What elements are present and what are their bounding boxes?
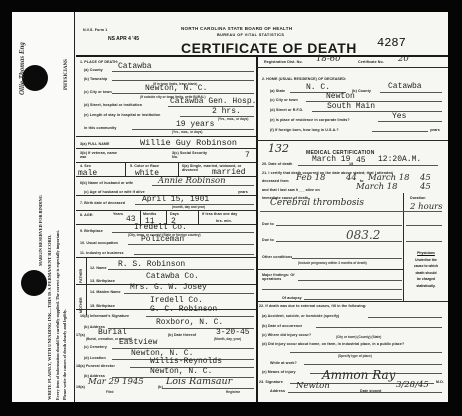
header-divider xyxy=(76,55,448,57)
disposition-date-label: (b) Date thereof xyxy=(168,333,196,337)
community-value: 19 years xyxy=(176,120,214,129)
duration-label: Duration xyxy=(410,196,426,200)
write-plainly-notice: WRITE PLAINLY, WITH UNFADING INK—THIS IS… xyxy=(47,235,52,400)
last-saw-label: and that I last saw h___ alive on xyxy=(262,188,320,192)
death-institution-label: (d) Street, hospital or institution xyxy=(84,103,142,107)
age-label: 8. AGE: xyxy=(80,213,94,217)
registration-district-label: Registration Dist. No. xyxy=(264,60,303,64)
due-to-label-1: Due to xyxy=(262,222,274,226)
death-date-value: March 19 xyxy=(312,155,350,164)
stay-value: 2 hrs. xyxy=(212,107,241,116)
death-date-label: 20. Date of death xyxy=(262,162,292,166)
burial-location-label: (d) Location xyxy=(84,356,106,360)
mother-birthplace-label: 15. Birthplace xyxy=(90,304,115,308)
disposition-label: 17(a) xyxy=(76,333,85,337)
physician-signature-label: 23. Signature xyxy=(259,380,283,384)
findings-label: Major findings: Of operations xyxy=(262,273,298,281)
mother-name-label: 14. Maiden Name xyxy=(90,290,121,294)
external-causes-heading: 22. If death was due to external causes,… xyxy=(259,304,366,308)
birth-date-note: (month, day and year) xyxy=(172,205,205,209)
attended-from-value: Feb 18 xyxy=(296,173,325,183)
last-saw-year: 45 xyxy=(420,182,431,192)
registrar-signature: Lois Ramsaur xyxy=(166,376,232,387)
mother-birthplace-value: Iredell Co. xyxy=(150,296,203,305)
center-divider xyxy=(256,56,258,402)
informant-address-value: Roxboro, N. C. xyxy=(156,318,223,327)
spouse-label: 6(b) Name of husband or wife xyxy=(80,181,133,185)
funeral-address-value: Newton, N. C. xyxy=(150,367,212,376)
informant-label: 16(a) Informant's Signature xyxy=(80,314,129,318)
punch-hole-bottom xyxy=(21,270,47,296)
accident-label: (a) Accident, suicide, or homicide (spec… xyxy=(262,314,339,318)
informant-value: G. C. Robinson xyxy=(150,305,217,314)
injury-place-note: (Specify type of place) xyxy=(338,354,372,358)
residence-city-value: Newton xyxy=(326,92,355,101)
mother-name-value: Mrs. G. W. Josey xyxy=(130,283,207,292)
form-id: N.V.S. Form 1 xyxy=(83,28,107,32)
full-name-value: Willie Guy Robinson xyxy=(140,138,237,148)
autopsy-label: Of autopsy xyxy=(282,296,302,300)
age-less-than-day-label: If less than one day xyxy=(202,212,237,216)
community-label: In this community xyxy=(84,126,116,130)
occupation-label: 10. Usual occupation xyxy=(80,241,118,245)
funeral-director-value: Willis-Reynolds xyxy=(150,357,222,366)
at-work-label: While at work? xyxy=(270,361,297,365)
agency-name: NORTH CAROLINA STATE BOARD OF HEALTH xyxy=(181,26,292,31)
father-section-label: FATHER xyxy=(79,269,83,283)
township-label: (b) Township xyxy=(84,77,107,81)
foreign-born-label: (f) If foreign born, how long in U.S.A.? xyxy=(270,128,339,132)
cemetery-label: (c) Cemetery xyxy=(84,345,107,349)
father-name-value: R. S. Robinson xyxy=(118,260,185,269)
industry-label: 11. Industry or business xyxy=(80,251,124,255)
age-days-label: Days xyxy=(170,212,179,216)
death-county-label: (a) County xyxy=(84,68,103,72)
age-hrs-min-label: hrs. min. xyxy=(216,219,232,223)
due-to-label-2: Due to xyxy=(262,238,274,242)
residence-county-value: Catawba xyxy=(388,82,422,91)
residence-street-value: South Main xyxy=(327,102,375,111)
death-institution-value: Catawba Gen. Hosp. xyxy=(170,97,256,106)
ssn-value: 7 xyxy=(245,151,250,160)
injury-where-label: (c) Where did injury occur? xyxy=(262,333,311,337)
immediate-cause-value: Cerebral thrombosis xyxy=(270,198,364,208)
pregnancy-note: (Include pregnancy within 3 months of de… xyxy=(298,261,367,265)
stay-label: (e) Length of stay in hospital or instit… xyxy=(84,113,160,117)
cemetery-value: Eastview xyxy=(119,338,157,347)
corporate-limits-label: (e) Is place of residence in corporate l… xyxy=(270,118,350,122)
physician-instructions-box: Physicians Underline the cause to which … xyxy=(404,250,448,289)
father-birthplace-label: 13. Birthplace xyxy=(90,279,115,283)
residence-heading: 2. HOME (USUAL RESIDENCE) OF DECEASED: xyxy=(262,77,346,81)
disposition-value: Burial xyxy=(98,328,127,337)
cause-code: 083.2 xyxy=(346,228,380,242)
physician-note-line: statistically. xyxy=(404,283,448,290)
medical-code: 132 xyxy=(268,142,289,155)
mother-section-label: MOTHER xyxy=(79,297,83,313)
means-of-injury-label: (e) Means of injury xyxy=(262,370,296,374)
physician-address-value: Newton xyxy=(296,381,330,391)
residence-street-label: (d) Street or R.F.D. xyxy=(270,108,303,112)
community-note: (Yrs., mos., or days) xyxy=(172,130,202,134)
occurrence-date-label: (b) Date of occurrence xyxy=(262,324,302,328)
father-name-label: 12. Name xyxy=(90,266,107,270)
md-label: M.D. xyxy=(436,380,444,384)
spouse-age-label: (c) Age of husband or wife if alive xyxy=(84,190,145,194)
residence-state-label: (a) State xyxy=(270,89,285,93)
disposition-date-note: (Month, day, year) xyxy=(214,337,241,341)
certificate-number-label: Certificate No. xyxy=(358,60,384,64)
age-years-label: Years xyxy=(113,212,123,216)
veteran-label: 3(b) If veteran, name war xyxy=(80,151,120,159)
place-of-death-heading: 1. PLACE OF DEATH: xyxy=(80,60,118,64)
instructions-line-1: Every item of information should be care… xyxy=(55,230,60,400)
other-conditions-label: Other conditions xyxy=(262,255,292,259)
registrar-note: Registrar xyxy=(226,390,240,394)
death-year-value: 45 xyxy=(356,156,366,165)
death-county-value: Catawba xyxy=(118,62,152,71)
injury-where-notes: (City or town) (County) (State) xyxy=(336,335,381,339)
serial-number: 4287 xyxy=(377,36,406,50)
disposition-date-value: 3-20-45 xyxy=(216,328,250,337)
filed-date-value: Mar 29 1945 xyxy=(88,377,144,387)
certificate-number-value: 20 xyxy=(398,54,409,64)
residence-city-label: (c) City or town xyxy=(270,98,298,102)
full-name-label: 3(a) FULL NAME xyxy=(80,142,110,146)
date-signed-value: 3/28/45 xyxy=(396,380,429,390)
filed-label: 19(a) xyxy=(76,385,85,389)
sex-label: 4. Sex xyxy=(80,164,91,168)
birthplace-value: Iredell Co. xyxy=(134,223,187,232)
registration-district-value: 18-60 xyxy=(316,54,341,64)
physicians-label: PHYSICIANS xyxy=(64,59,69,90)
ssn-label: 3(c) Social Security No. xyxy=(172,151,212,159)
received-stamp: NS APR 4 '45 xyxy=(108,36,139,42)
death-city-label: (c) City or town xyxy=(84,90,112,94)
last-saw-value: March 18 xyxy=(356,182,398,192)
birthplace-label: 9. Birthplace xyxy=(80,229,103,233)
residence-state-value: N. C. xyxy=(306,83,330,92)
death-city-value: Newton, N. C. xyxy=(145,84,207,93)
funeral-director-label: 18(a) Funeral director xyxy=(76,364,115,368)
instructions-line-2: Please write the causes of death clearly… xyxy=(62,309,67,400)
occupation-value: Policeman xyxy=(141,235,184,244)
race-label: 5. Color or Race xyxy=(130,164,159,168)
foreign-born-unit: years xyxy=(430,128,440,132)
physician-address-label: Address xyxy=(270,389,285,393)
physician-signature: Ammon Ray xyxy=(322,368,395,382)
attended-from-label: deceased from xyxy=(262,179,289,183)
birth-date-label: 7. Birth date of deceased xyxy=(80,201,125,205)
margin-signature: Ollie Thomas Eng xyxy=(18,42,26,95)
stay-note: (Yrs., mos., or days) xyxy=(218,117,248,121)
age-months-label: Months xyxy=(143,212,156,216)
corporate-limits-value: Yes xyxy=(392,112,406,121)
spouse-age-unit: years xyxy=(238,190,248,194)
binding-margin-label: MARGIN RESERVED FOR BINDING xyxy=(38,195,43,266)
death-time-value: 12:20A.M. xyxy=(378,155,421,164)
bureau-name: BUREAU OF VITAL STATISTICS xyxy=(217,33,284,37)
filed-note: Filed xyxy=(106,390,113,394)
injury-place-label: (d) Did injury occur about home, on farm… xyxy=(262,342,404,346)
birth-date-value: April 15, 1901 xyxy=(142,195,209,204)
father-birthplace-value: Catawba Co. xyxy=(146,272,199,281)
